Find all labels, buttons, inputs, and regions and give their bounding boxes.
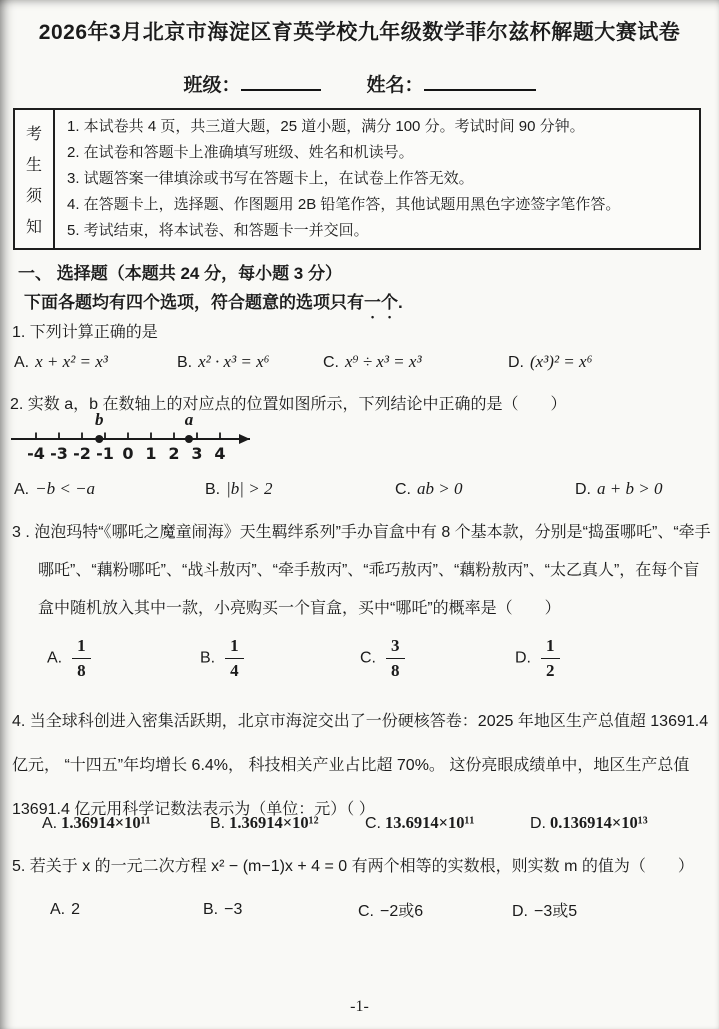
svg-text:a: a (185, 413, 194, 429)
notice-side-char: 知 (26, 214, 42, 237)
option-a: A.−b < −a (14, 479, 205, 499)
question-1-options: A.x + x² = x³ B.x² · x³ = x⁶ C.x⁹ ÷ x³ =… (14, 352, 593, 372)
question-1-stem: 1. 下列计算正确的是 (12, 319, 158, 342)
fraction: 12 (541, 636, 560, 680)
svg-text:b: b (95, 413, 104, 429)
question-5-options: A.2 B.−3 C.−2或6 D.−3或5 (50, 898, 577, 921)
svg-text:3: 3 (191, 444, 202, 463)
page-title: 2026年3月北京市海淀区育英学校九年级数学菲尔兹杯解题大赛试卷 (0, 16, 719, 46)
option-b: B.x² · x³ = x⁶ (177, 352, 323, 372)
notice-item: 5. 考试结束，将本试卷、和答题卡一并交回。 (67, 222, 695, 241)
notice-side-label: 考 生 须 知 (15, 110, 55, 248)
notice-side-char: 须 (26, 183, 42, 206)
section-subtitle: 下面各题均有四个选项，符合题意的选项只有一个. (24, 288, 403, 322)
option-d: D.0.136914×10¹³ (530, 813, 648, 833)
number-line-svg: -4-3-2-101234ba (6, 413, 268, 467)
name-blank-line (424, 74, 536, 91)
notice-items: 1. 本试卷共 4 页，共三道大题，25 道小题，满分 100 分。考试时间 9… (55, 110, 699, 248)
exam-paper-page: 2026年3月北京市海淀区育英学校九年级数学菲尔兹杯解题大赛试卷 班级：姓名： … (0, 0, 719, 1029)
section-subtitle-period: . (398, 293, 403, 312)
option-d: D.(x³)² = x⁶ (508, 352, 593, 372)
name-label: 姓名： (367, 75, 424, 96)
svg-text:4: 4 (214, 444, 225, 463)
option-b: B.−3 (203, 901, 358, 919)
svg-text:-1: -1 (96, 444, 114, 463)
svg-text:0: 0 (122, 444, 133, 463)
option-c: C.38 (360, 636, 515, 680)
svg-text:2: 2 (168, 444, 179, 463)
notice-item: 3. 试题答案一律填涂或书写在答题卡上，在试卷上作答无效。 (67, 170, 695, 189)
student-id-line: 班级：姓名： (0, 70, 719, 97)
notice-side-char: 生 (26, 152, 42, 175)
option-a: A.18 (47, 636, 200, 680)
section-subtitle-emphasis: 一个 (364, 293, 398, 312)
option-a: A.2 (50, 901, 203, 919)
svg-text:-3: -3 (50, 444, 68, 463)
class-blank-line (241, 74, 321, 91)
option-d: D.12 (515, 636, 560, 680)
fraction: 14 (225, 636, 244, 680)
option-c: C.ab > 0 (395, 479, 575, 499)
notice-side-char: 考 (26, 121, 42, 144)
notice-item: 4. 在答题卡上，选择题、作图题用 2B 铅笔作答，其他试题用黑色字迹签字笔作答… (67, 196, 695, 215)
option-c: C.x⁹ ÷ x³ = x³ (323, 352, 508, 372)
svg-text:-2: -2 (73, 444, 91, 463)
option-d: D.a + b > 0 (575, 479, 662, 499)
question-3-options: A.18 B.14 C.38 D.12 (47, 630, 560, 686)
option-b: B.14 (200, 636, 360, 680)
option-a: A.x + x² = x³ (14, 352, 177, 372)
option-a: A.1.36914×10¹¹ (42, 813, 210, 833)
question-4-options: A.1.36914×10¹¹ B.1.36914×10¹² C.13.6914×… (42, 813, 648, 833)
question-3-stem: 3 . 泡泡玛特“《哪吒之魔童闹海》天生羁绊系列”手办盲盒中有 8 个基本款，分… (12, 514, 712, 628)
section-heading: 一、 选择题（本题共 24 分，每小题 3 分） (18, 259, 342, 284)
question-2-options: A.−b < −a B.|b| > 2 C.ab > 0 D.a + b > 0 (14, 479, 662, 499)
fraction: 38 (386, 636, 405, 680)
notice-item: 1. 本试卷共 4 页，共三道大题，25 道小题，满分 100 分。考试时间 9… (67, 118, 695, 137)
option-b: B.|b| > 2 (205, 479, 395, 499)
question-2-stem: 2. 实数 a，b 在数轴上的对应点的位置如图所示，下列结论中正确的是（ ） (10, 391, 712, 414)
option-c: C.13.6914×10¹¹ (365, 813, 530, 833)
question-5-stem: 5. 若关于 x 的一元二次方程 x² − (m−1)x + 4 = 0 有两个… (12, 853, 714, 876)
examinee-notice-box: 考 生 须 知 1. 本试卷共 4 页，共三道大题，25 道小题，满分 100 … (13, 108, 701, 250)
svg-text:-4: -4 (27, 444, 45, 463)
option-b: B.1.36914×10¹² (210, 813, 365, 833)
class-label: 班级： (183, 75, 240, 96)
section-subtitle-text: 下面各题均有四个选项，符合题意的选项只有 (24, 293, 364, 312)
notice-item: 2. 在试卷和答题卡上准确填写班级、姓名和机读号。 (67, 144, 695, 163)
option-c: C.−2或6 (358, 898, 512, 921)
svg-text:1: 1 (145, 444, 156, 463)
page-number: -1- (0, 998, 719, 1016)
fraction: 18 (72, 636, 91, 680)
option-d: D.−3或5 (512, 898, 577, 921)
